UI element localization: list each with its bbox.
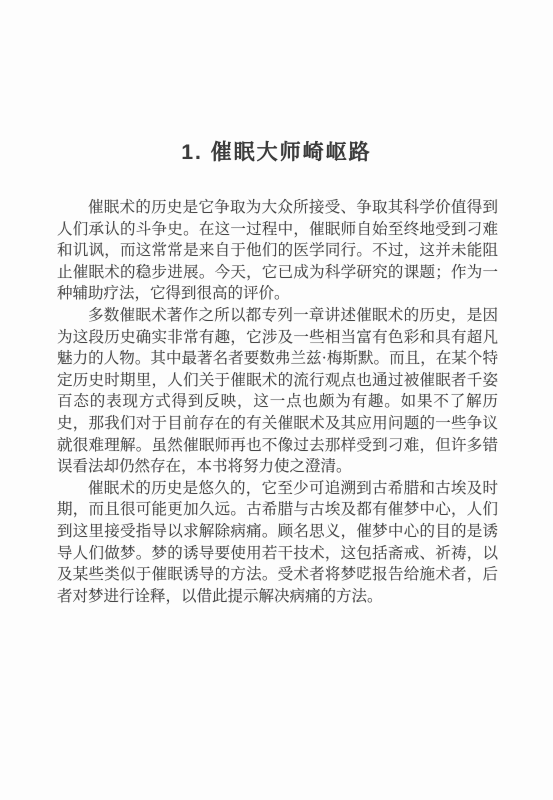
paragraph-3: 催眠术的历史是悠久的，它至少可追溯到古希腊和古埃及时期，而且很可能更加久远。古希… bbox=[57, 478, 498, 608]
body-text: 催眠术的历史是它争取为大众所接受、争取其科学价值得到人们承认的斗争史。在这一过程… bbox=[57, 197, 498, 607]
paragraph-2: 多数催眠术著作之所以都专列一章讲述催眠术的历史，是因为这段历史确实非常有趣，它涉… bbox=[57, 305, 498, 478]
book-page: 1. 催眠大师崎岖路 催眠术的历史是它争取为大众所接受、争取其科学价值得到人们承… bbox=[0, 0, 553, 800]
chapter-title: 1. 催眠大师崎岖路 bbox=[0, 136, 553, 166]
paragraph-1: 催眠术的历史是它争取为大众所接受、争取其科学价值得到人们承认的斗争史。在这一过程… bbox=[57, 197, 498, 305]
